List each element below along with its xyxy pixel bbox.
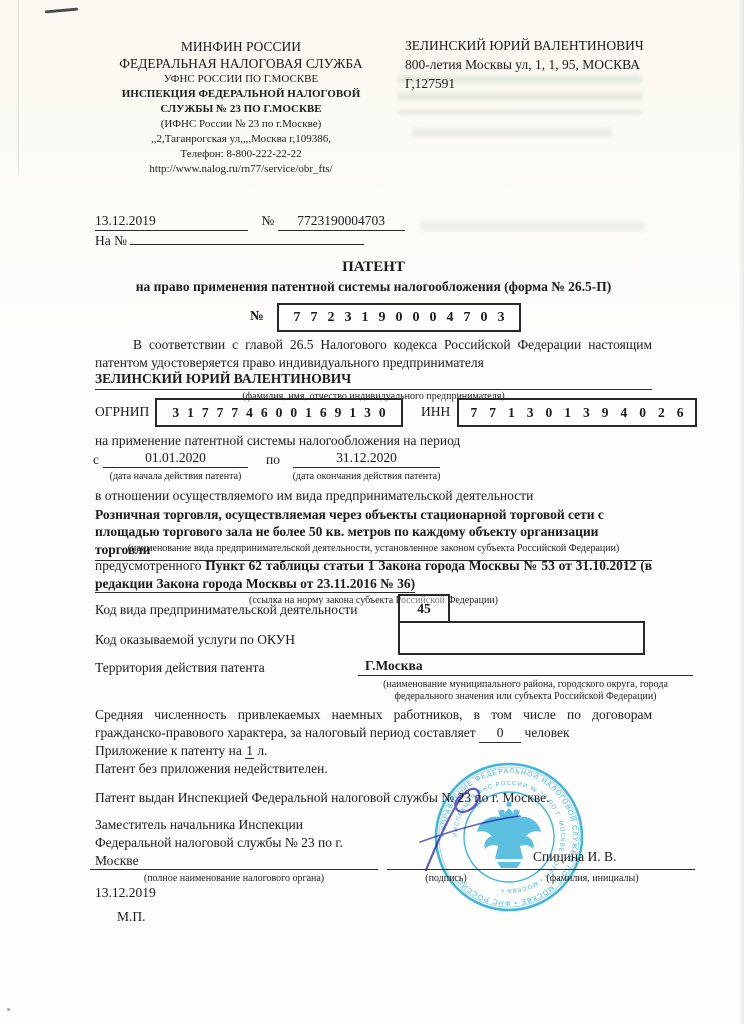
attachment-line: Приложение к патенту на 1 л. — [95, 742, 267, 760]
patent-number-label: № — [250, 307, 264, 325]
recipient-name: ЗЕЛИНСКИЙ ЮРИЙ ВАЛЕНТИНОВИЧ — [405, 36, 705, 55]
patent-number-box: 7723190004703 — [277, 303, 521, 332]
period-from-label: с — [93, 451, 99, 469]
activity-intro: в отношении осуществляемого им вида пред… — [95, 487, 533, 505]
recipient-block: ЗЕЛИНСКИЙ ЮРИЙ ВАЛЕНТИНОВИЧ 800-летия Мо… — [405, 36, 705, 93]
workers-line1: Средняя численность привлекаемых наемных… — [95, 706, 652, 724]
attachment-pre: Приложение к патенту на — [95, 743, 242, 758]
inn-label: ИНН — [421, 403, 450, 421]
period-from-caption: (дата начала действия патента) — [93, 471, 258, 483]
activity-line2: площадью торгового зала не более 50 кв. … — [95, 523, 652, 561]
on-number-row: На № — [95, 232, 364, 250]
workers-line2: гражданско-правового характера, за налог… — [95, 724, 652, 743]
bleed-through-artifact — [412, 128, 612, 137]
law-line2-bold: редакции Закона города Москвы от 23.11.2… — [95, 576, 415, 593]
issuer-line: УФНС РОССИИ ПО Г.МОСКВЕ — [95, 72, 387, 87]
attachment-pages: 1 — [245, 743, 254, 759]
period-to-value: 31.12.2020 — [293, 449, 440, 468]
invalid-note: Патент без приложения недействителен. — [95, 760, 328, 778]
scan-dot-artifact — [7, 1008, 10, 1011]
document-title: ПАТЕНТ — [95, 259, 652, 276]
inn-box: 771301394026 — [457, 398, 697, 427]
org-underline — [90, 869, 378, 870]
law-line1: предусмотренного Пункт 62 таблицы статьи… — [95, 557, 652, 575]
territory-label: Территория действия патента — [95, 659, 265, 677]
handwritten-signature — [398, 778, 538, 883]
okun-box — [398, 621, 645, 655]
issuer-line: МИНФИН РОССИИ — [95, 38, 387, 55]
period-intro: на применение патентной системы налогооб… — [95, 432, 460, 450]
inn-digits: 771301394026 — [459, 405, 696, 421]
activity-line1: Розничная торговля, осуществляемая через… — [95, 506, 652, 524]
workers-count: 0 — [479, 724, 521, 743]
seal-place-mark: М.П. — [117, 908, 146, 926]
patent-document-page: МИНФИН РОССИИ ФЕДЕРАЛЬНАЯ НАЛОГОВАЯ СЛУЖ… — [0, 0, 744, 1024]
pen-mark-artifact — [45, 8, 78, 14]
activity-caption: (наименование вида предпринимательской д… — [85, 543, 662, 555]
law-line2: редакции Закона города Москвы от 23.11.2… — [95, 575, 652, 593]
law-prefix: предусмотренного — [95, 558, 201, 573]
okun-label: Код оказываемой услуги по ОКУН — [95, 631, 295, 649]
document-subtitle: на право применения патентной системы на… — [85, 278, 662, 296]
territory-underline — [358, 675, 693, 676]
activity-code-box: 45 — [398, 594, 450, 623]
patent-number-digits: 7723190004703 — [284, 310, 515, 326]
official-title-line3: Москве — [95, 852, 139, 870]
period-from-value: 01.01.2020 — [103, 449, 248, 468]
issue-date: 13.12.2019 — [95, 884, 156, 902]
workers-line2-post: человек — [524, 725, 569, 740]
issuer-line: СЛУЖБЫ № 23 ПО Г.МОСКВЕ — [95, 102, 387, 117]
official-title-line2: Федеральной налоговой службы № 23 по г. — [95, 834, 343, 852]
issuer-header: МИНФИН РОССИИ ФЕДЕРАЛЬНАЯ НАЛОГОВАЯ СЛУЖ… — [95, 38, 387, 177]
territory-value: Г.Москва — [365, 657, 423, 675]
activity-code-value: 45 — [417, 601, 431, 617]
law-line1-bold: Пункт 62 таблицы статьи 1 Закона города … — [205, 558, 652, 573]
period-to-label: по — [266, 451, 280, 469]
territory-caption1: (наименование муниципального района, гор… — [358, 679, 693, 691]
territory-caption2: федерального значения или субъекта Росси… — [358, 691, 693, 703]
reference-date: 13.12.2019 — [95, 212, 248, 231]
period-to-caption: (дата окончания действия патента) — [283, 471, 450, 483]
signature-svg — [398, 778, 538, 883]
issuer-url: http://www.nalog.ru/rn77/service/obr_fts… — [95, 162, 387, 177]
intro-line1: В соответствии с главой 26.5 Налогового … — [95, 336, 652, 354]
ogrnip-box: 317774600169130 — [155, 398, 403, 427]
ogrnip-label: ОГРНИП — [95, 403, 149, 421]
reference-row: 13.12.2019 № 7723190004703 — [95, 212, 655, 231]
attachment-post: л. — [257, 743, 267, 758]
reference-number: 7723190004703 — [278, 212, 405, 231]
issuer-line: ФЕДЕРАЛЬНАЯ НАЛОГОВАЯ СЛУЖБА — [95, 55, 387, 72]
issuer-phone: Телефон: 8-800-222-22-22 — [95, 147, 387, 162]
scan-edge-line — [18, 0, 19, 175]
official-title-line1: Заместитель начальника Инспекции — [95, 816, 303, 834]
issuer-line: (ИФНС России № 23 по г.Москве) — [95, 117, 387, 132]
scan-edge-shadow — [738, 0, 744, 1024]
recipient-address: Г,127591 — [405, 74, 705, 93]
ogrnip-digits: 317774600169130 — [164, 405, 393, 421]
workers-line2-pre: гражданско-правового характера, за налог… — [95, 725, 476, 740]
recipient-address: 800-летия Москвы ул, 1, 1, 95, МОСКВА — [405, 55, 705, 74]
issuer-address: ,,2,Таганрогская ул,,,,Москва г,109386, — [95, 132, 387, 147]
entrepreneur-name: ЗЕЛИНСКИЙ ЮРИЙ ВАЛЕНТИНОВИЧ — [95, 370, 652, 390]
activity-code-label: Код вида предпринимательской деятельност… — [95, 601, 357, 619]
on-number-blank — [130, 244, 364, 245]
issuer-line: ИНСПЕКЦИЯ ФЕДЕРАЛЬНОЙ НАЛОГОВОЙ — [95, 87, 387, 102]
on-number-label: На № — [95, 233, 127, 248]
reference-number-label: № — [261, 213, 274, 228]
